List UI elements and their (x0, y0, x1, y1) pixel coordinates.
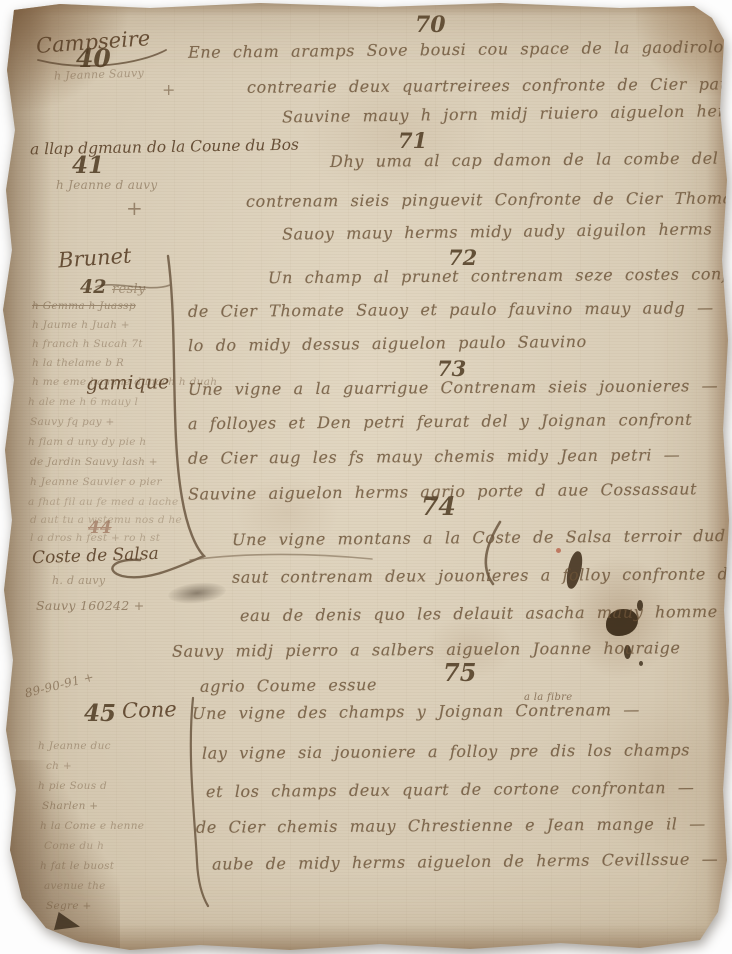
margin-note: h flam d uny dy pie h (28, 436, 146, 448)
margin-note: Sauvy fq pay + (30, 416, 115, 428)
margin-note: Segre + (46, 900, 92, 912)
margin-note: Sharlen + (42, 800, 98, 812)
article-number-70: 70 (415, 12, 446, 38)
margin-note: de Jardin Sauvy lash + (30, 456, 158, 468)
smudge-coste (167, 580, 227, 606)
text-line: Sauoy mauy herms midy audy aiguilon herm… (282, 219, 713, 243)
heading-gamique: gamique (86, 371, 170, 394)
margin-note: h la thelame b R (32, 357, 124, 369)
heading-coune-du-bos: a llap dgmaun do la Coune du Bos (30, 136, 299, 159)
text-line: a folloyes et Den petri feurat del y Joi… (188, 410, 692, 433)
scan-background: 70 Campseire 40 h Jeanne Sauvy + Ene cha… (0, 0, 732, 954)
top-edge-shade (0, 0, 732, 16)
text-line: de Cier chemis mauy Chrestienne e Jean m… (196, 814, 706, 837)
bottom-edge-shade (0, 924, 732, 954)
margin-number-42: 42 (80, 276, 106, 298)
paper-shadow: 70 Campseire 40 h Jeanne Sauvy + Ene cha… (0, 0, 732, 954)
text-line: Une vigne des champs y Joignan Contrenam… (192, 700, 640, 723)
text-line: Dhy uma al cap damon de la combe del Bos… (330, 148, 732, 171)
margin-note: h Gemma h Juassp (32, 300, 136, 312)
margin-note: Sauvy 160242 + (36, 598, 145, 613)
text-line: Sauvine mauy h jorn midj riuiero aiguelo… (282, 101, 732, 127)
text-line: Sauvy midj pierro a salbers aiguelon Joa… (172, 638, 681, 661)
text-line: de Cier aug les fs mauy chemis midy Jean… (188, 445, 680, 467)
text-line: Une vigne montans a la Coste de Salsa te… (232, 526, 732, 550)
text-line: Un champ al prunet contrenam seze costes… (268, 264, 732, 288)
text-line: et los champs deux quart de cortone conf… (206, 778, 695, 801)
ink-dot (639, 661, 643, 666)
margin-note: h pie Sous d (38, 780, 107, 792)
margin-note: h Jaume h Juah + (32, 319, 130, 331)
text-line: Une vigne a la guarrigue Contrenam sieis… (188, 376, 718, 399)
margin-note: h Jeanne Sauvy (54, 66, 144, 82)
margin-number-44: 44 (88, 518, 112, 538)
text-line: lo do midy dessus aiguelon paulo Sauvino (188, 332, 587, 355)
text-line: saut contrenam deux jouonieres a folloy … (232, 564, 732, 587)
margin-note: avenue the (44, 880, 106, 892)
heading-coste-de-salsa: Coste de Salsa (32, 544, 159, 568)
red-speck (556, 548, 561, 553)
heading-brunet: Brunet (57, 243, 132, 272)
margin-note: h Jeanne d auvy (56, 178, 157, 192)
text-line: lay vigne sia jouoniere a folloy pre dis… (202, 740, 690, 762)
text-line: contrenam sieis pinguevit Confronte de C… (246, 188, 732, 211)
margin-note: h franch h Sucah 7t (32, 338, 143, 350)
manuscript-page: 70 Campseire 40 h Jeanne Sauvy + Ene cha… (0, 0, 732, 954)
right-edge-shade (706, 0, 732, 954)
margin-note: h. d auvy (52, 574, 105, 587)
margin-note: h la Come e henne (40, 820, 144, 832)
margin-note: a fhat fil au fe med a lache (28, 496, 179, 508)
text-line: Ene cham aramps Sove bousi cou space de … (188, 37, 724, 62)
article-number-75: 75 (443, 658, 476, 687)
text-line: contrearie deux quartreirees confronte d… (247, 74, 732, 96)
coste-heading-flourish (190, 555, 372, 560)
margin-number-41: 41 (72, 152, 104, 179)
margin-cross: + (126, 196, 143, 220)
article-number-71: 71 (398, 128, 427, 153)
text-line: de Cier Thomate Sauoy et paulo fauvino m… (188, 298, 714, 321)
text-line: agrio Coume essue (200, 675, 377, 696)
margin-note: h fat le buost (40, 860, 114, 872)
margin-number-45: 45 (84, 700, 116, 727)
margin-note: Come du h (44, 840, 104, 852)
scratched-word: resly (112, 282, 146, 297)
margin-note: ch + (46, 760, 72, 772)
margin-note: h ale me h 6 mauy l (28, 396, 138, 408)
margin-note: h Jeanne duc (38, 740, 111, 752)
margin-cross: + (162, 80, 175, 99)
text-line: eau de denis quo les delauit asacha mauy… (240, 602, 718, 625)
paper-hole-bottom-left (54, 912, 80, 930)
margin-note: h Jeanne Sauvier o pier (30, 476, 162, 488)
entry45-brace-stroke (191, 698, 208, 906)
corner-note-89-90-91: 89-90-91 + (23, 670, 95, 701)
article-number-74: 74 (421, 492, 456, 521)
heading-cone: Cone (122, 697, 177, 723)
text-line: aube de midy herms aiguelon de herms Cev… (212, 849, 718, 873)
